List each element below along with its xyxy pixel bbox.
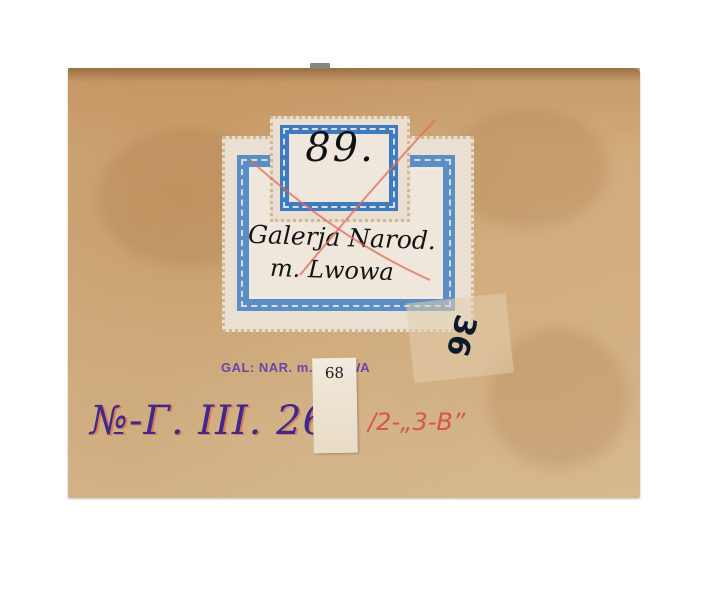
inventory-number: №-Г. III. 26 (90, 398, 329, 444)
number-tag-value: 89. (273, 125, 407, 171)
inventory-suffix: /2-„3-B” (368, 408, 465, 436)
number-tag: 89. (270, 116, 410, 222)
number-slip: 68 (312, 358, 358, 454)
gallery-label-line2: m. Lwowa (270, 254, 395, 286)
worn-top-edge (68, 68, 640, 82)
slip-number: 68 (312, 364, 356, 383)
hanging-nail (310, 63, 330, 69)
